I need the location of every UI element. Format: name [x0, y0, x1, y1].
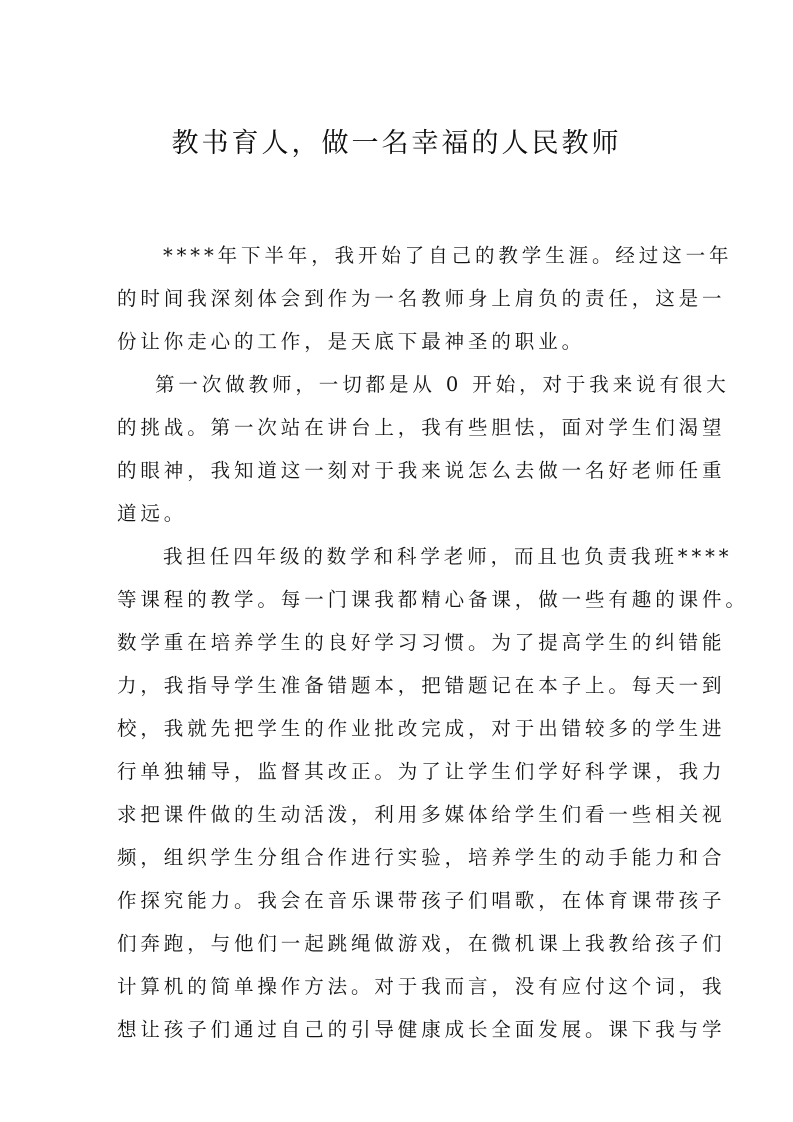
- paragraph-3-line-2: 等课程的教学。每一门课我都精心备课，做一些有趣的课件。: [117, 585, 677, 615]
- paragraph-3-line-8: 频，组织学生分组合作进行实验，培养学生的动手能力和合: [117, 843, 677, 873]
- document-title: 教书育人，做一名幸福的人民教师: [0, 124, 793, 164]
- paragraph-3-line-1: 我担任四年级的数学和科学老师，而且也负责我班****: [163, 542, 677, 572]
- paragraph-2-line-4: 道远。: [117, 499, 677, 529]
- paragraph-3-line-9: 作探究能力。我会在音乐课带孩子们唱歌，在体育课带孩子: [117, 886, 677, 916]
- paragraph-2-line-2: 的挑战。第一次站在讲台上，我有些胆怯，面对学生们渴望: [117, 413, 677, 443]
- paragraph-3-line-3: 数学重在培养学生的良好学习习惯。为了提高学生的纠错能: [117, 628, 677, 658]
- paragraph-3-line-5: 校，我就先把学生的作业批改完成，对于出错较多的学生进: [117, 714, 677, 744]
- document-page: 教书育人，做一名幸福的人民教师 ****年下半年，我开始了自己的教学生涯。经过这…: [0, 0, 793, 1122]
- paragraph-1-line-2: 的时间我深刻体会到作为一名教师身上肩负的责任，这是一: [117, 284, 677, 314]
- paragraph-2-line-3: 的眼神，我知道这一刻对于我来说怎么去做一名好老师任重: [117, 456, 677, 486]
- paragraph-3-line-12: 想让孩子们通过自己的引导健康成长全面发展。课下我与学: [117, 1015, 677, 1045]
- paragraph-3-line-11: 计算机的简单操作方法。对于我而言，没有应付这个词，我: [117, 972, 677, 1002]
- paragraph-3-line-6: 行单独辅导，监督其改正。为了让学生们学好科学课，我力: [117, 757, 677, 787]
- paragraph-1-line-1: ****年下半年，我开始了自己的教学生涯。经过这一年: [163, 241, 677, 271]
- paragraph-2-line-1: 第一次做教师，一切都是从 0 开始，对于我来说有很大: [155, 370, 677, 400]
- paragraph-3-line-4: 力，我指导学生准备错题本，把错题记在本子上。每天一到: [117, 671, 677, 701]
- paragraph-3-line-7: 求把课件做的生动活泼，利用多媒体给学生们看一些相关视: [117, 800, 677, 830]
- paragraph-3-line-10: 们奔跑，与他们一起跳绳做游戏，在微机课上我教给孩子们: [117, 929, 677, 959]
- paragraph-1-line-3: 份让你走心的工作，是天底下最神圣的职业。: [117, 327, 677, 357]
